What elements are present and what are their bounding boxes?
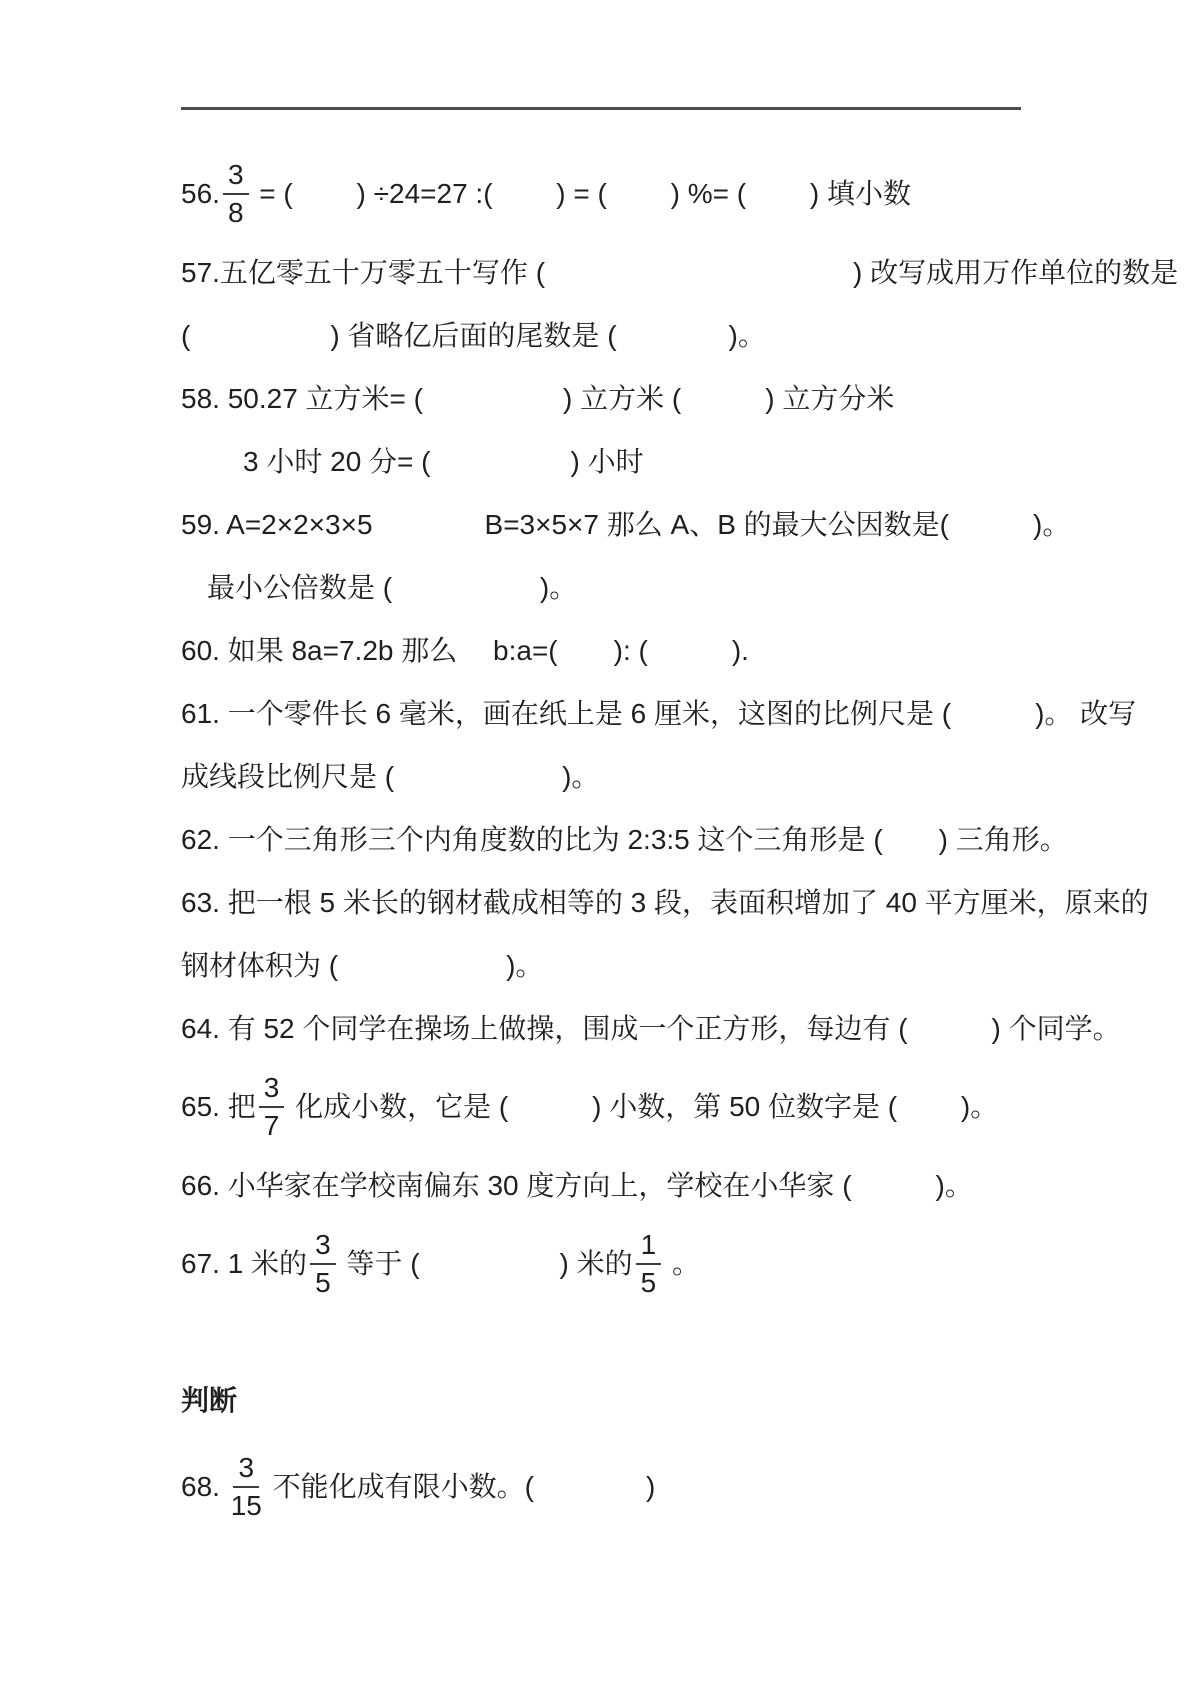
text-run: 不能化成有限小数。( )	[265, 1470, 655, 1504]
problem-line-66: 66. 小华家在学校南偏东 30 度方向上，学校在小华家 ( )。	[181, 1154, 1050, 1217]
text-run: 68.	[181, 1470, 228, 1504]
text-run: 59. A=2×2×3×5 B=3×5×7 那么 A、B 的最大公因数是( )。	[181, 508, 1070, 542]
problem-line-61: 61. 一个零件长 6 毫米，画在纸上是 6 厘米，这图的比例尺是 ( )。 改…	[181, 682, 1050, 745]
text-run: 60. 如果 8a=7.2b 那么 b:a=( ): ( ).	[181, 634, 749, 668]
section-heading-judge: 判断	[181, 1369, 1050, 1432]
worksheet-content: 56.38 = ( ) ÷24=27 :( ) = ( ) %= ( ) 填小数…	[0, 0, 1200, 1534]
text-run: 56.	[181, 177, 220, 211]
problem-line-59-continued: 最小公倍数是 ( )。	[181, 556, 1050, 619]
problem-line-67: 67. 1 米的35 等于 ( ) 米的15 。	[181, 1217, 1050, 1311]
text-run: 等于 ( ) 米的	[339, 1247, 633, 1281]
text-run: 65. 把	[181, 1090, 256, 1124]
text-run: 62. 一个三角形三个内角度数的比为 2:3:5 这个三角形是 ( ) 三角形。	[181, 823, 1068, 857]
fraction-numerator: 1	[636, 1229, 662, 1265]
fraction: 35	[310, 1229, 336, 1299]
problem-line-62: 62. 一个三角形三个内角度数的比为 2:3:5 这个三角形是 ( ) 三角形。	[181, 808, 1050, 871]
problem-line-63: 63. 把一根 5 米长的钢材截成相等的 3 段，表面积增加了 40 平方厘米，…	[181, 871, 1050, 934]
fraction: 38	[223, 159, 249, 229]
problem-line-57: 57.五亿零五十万零五十写作 ( ) 改写成用万作单位的数是	[181, 241, 1050, 304]
problem-line-60: 60. 如果 8a=7.2b 那么 b:a=( ): ( ).	[181, 619, 1050, 682]
problem-line-58: 58. 50.27 立方米= ( ) 立方米 ( ) 立方分米	[181, 367, 1050, 430]
text-run: 3 小时 20 分= ( ) 小时	[243, 445, 644, 479]
text-run: 钢材体积为 ( )。	[181, 949, 543, 983]
fraction-numerator: 3	[223, 159, 249, 195]
fraction-denominator: 15	[231, 1488, 262, 1522]
fraction: 37	[259, 1072, 285, 1142]
text-run: ( ) 省略亿后面的尾数是 ( )。	[181, 319, 766, 353]
problem-line-68: 68. 315 不能化成有限小数。( )	[181, 1440, 1050, 1534]
problem-line-63-continued: 钢材体积为 ( )。	[181, 934, 1050, 997]
worksheet-page: 56.38 = ( ) ÷24=27 :( ) = ( ) %= ( ) 填小数…	[0, 0, 1200, 1696]
text-run: 化成小数，它是 ( ) 小数，第 50 位数字是 ( )。	[287, 1090, 998, 1124]
fraction-denominator: 8	[228, 195, 244, 229]
fraction-denominator: 5	[315, 1265, 331, 1299]
fraction-numerator: 3	[233, 1452, 259, 1488]
text-run: 最小公倍数是 ( )。	[207, 571, 577, 605]
problem-line-59: 59. A=2×2×3×5 B=3×5×7 那么 A、B 的最大公因数是( )。	[181, 493, 1050, 556]
text-run: 成线段比例尺是 ( )。	[181, 760, 599, 794]
fraction: 315	[231, 1452, 262, 1522]
problem-list: 56.38 = ( ) ÷24=27 :( ) = ( ) %= ( ) 填小数…	[181, 147, 1050, 1534]
problem-line-57-continued: ( ) 省略亿后面的尾数是 ( )。	[181, 304, 1050, 367]
problem-line-56: 56.38 = ( ) ÷24=27 :( ) = ( ) %= ( ) 填小数	[181, 147, 1050, 241]
text-run: 66. 小华家在学校南偏东 30 度方向上，学校在小华家 ( )。	[181, 1169, 973, 1203]
fraction-numerator: 3	[310, 1229, 336, 1265]
text-run: 58. 50.27 立方米= ( ) 立方米 ( ) 立方分米	[181, 382, 894, 416]
text-run: 61. 一个零件长 6 毫米，画在纸上是 6 厘米，这图的比例尺是 ( )。 改…	[181, 697, 1136, 731]
problem-line-64: 64. 有 52 个同学在操场上做操，围成一个正方形，每边有 ( ) 个同学。	[181, 997, 1050, 1060]
text-run: = ( ) ÷24=27 :( ) = ( ) %= ( ) 填小数	[252, 177, 911, 211]
text-run: 63. 把一根 5 米长的钢材截成相等的 3 段，表面积增加了 40 平方厘米，…	[181, 886, 1149, 920]
text-run: 64. 有 52 个同学在操场上做操，围成一个正方形，每边有 ( ) 个同学。	[181, 1012, 1121, 1046]
text-run: 67. 1 米的	[181, 1247, 307, 1281]
text-run: 判断	[181, 1384, 237, 1418]
problem-line-65: 65. 把37 化成小数，它是 ( ) 小数，第 50 位数字是 ( )。	[181, 1060, 1050, 1154]
fraction: 15	[636, 1229, 662, 1299]
text-run: 。	[664, 1247, 700, 1281]
fraction-numerator: 3	[259, 1072, 285, 1108]
top-rule	[181, 107, 1021, 110]
problem-line-58-continued: 3 小时 20 分= ( ) 小时	[181, 430, 1050, 493]
text-run: 57.五亿零五十万零五十写作 ( ) 改写成用万作单位的数是	[181, 256, 1178, 290]
fraction-denominator: 5	[641, 1265, 657, 1299]
fraction-denominator: 7	[264, 1108, 280, 1142]
problem-line-61-continued: 成线段比例尺是 ( )。	[181, 745, 1050, 808]
